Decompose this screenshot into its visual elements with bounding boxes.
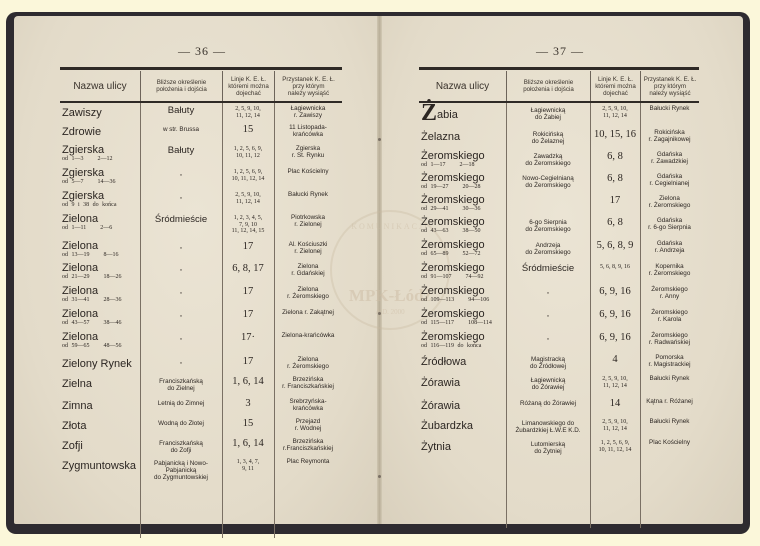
tram-lines-cell: 2, 5, 9, 10, 11, 12, 14 (222, 191, 274, 213)
street-name-cell: Zgierskaod 1—32—12 (60, 145, 140, 167)
street-name-cell: Złota (60, 418, 140, 438)
street-name: Żeromskiego (421, 173, 506, 184)
tram-lines-cell: 6, 8 (590, 151, 640, 173)
even-range: 48—56 (104, 343, 122, 349)
tram-lines-cell: 2, 5, 9, 10, 11, 12, 14 (590, 375, 640, 397)
house-number-range: od 116—119 do końca (421, 343, 506, 350)
even-range: 2—18 (460, 162, 475, 168)
table-row: ZielnaFranciszkańską do Zielnej1, 6, 14B… (60, 376, 342, 398)
street-name-cell: Żeromskiegood 115—117108—114 (419, 309, 506, 331)
tram-lines-cell: 17 (222, 356, 274, 376)
odd-range: od 91—107 (421, 274, 452, 280)
location-cell: Franciszkańską do Zielnej (140, 376, 222, 398)
even-range: 28—36 (104, 297, 122, 303)
street-name-cell: Żeromskiegood 1—172—18 (419, 151, 506, 173)
tram-stop-cell: Bałucki Rynek (640, 105, 699, 127)
street-name-cell: Zygmuntowska (60, 458, 140, 498)
tram-lines-cell: 2, 5, 9, 10, 11, 12, 14 (590, 105, 640, 127)
location-cell: Franciszkańską do Zofji (140, 438, 222, 458)
initial-letter: Ż (421, 100, 437, 126)
odd-range: od 21—29 (62, 274, 90, 280)
even-range: 14—36 (98, 179, 116, 185)
house-number-range: od 13—198—16 (62, 252, 140, 259)
street-name-cell: Zgierskaod 9 i 38 do końca (60, 191, 140, 213)
tram-lines-cell: 17 (222, 286, 274, 308)
location-cell: „ (506, 332, 590, 354)
location-cell: Bałuty (140, 145, 222, 167)
street-name-cell: Żórawia (419, 375, 506, 397)
location-cell: Śródmieście (140, 214, 222, 240)
street-name-cell: Zielonaod 13—198—16 (60, 241, 140, 263)
location-cell: Bałuty (140, 105, 222, 123)
table-row: Żeromskiegood 43—6338—506-go Sierpnia do… (419, 217, 699, 239)
tram-stop-cell: Plac Kościelny (274, 168, 342, 190)
street-name: Żórawia (421, 401, 506, 412)
table-top-rule (419, 67, 699, 70)
house-number-range: od 109—11394—106 (421, 297, 506, 304)
street-name: Zgierska (62, 145, 140, 156)
street-name: Zielona (62, 332, 140, 343)
tram-stop-cell: Pomorska r. Magistrackiej (640, 354, 699, 374)
street-name: Zielona (62, 214, 140, 225)
tram-lines-cell: 6, 9, 16 (590, 332, 640, 354)
table-row: ŻelaznaRokicińską do Żelaznej10, 15, 16R… (419, 129, 699, 149)
house-number-range: od 59—6548—56 (62, 343, 140, 350)
table-row: Zielonaod 43—5738—46„17Zielona r. Zakątn… (60, 309, 342, 331)
street-name-cell: Żeromskiegood 109—11394—106 (419, 286, 506, 308)
location-cell: „ (140, 168, 222, 190)
street-name-cell: Zielony Rynek (60, 356, 140, 376)
location-cell: Andrzeja do Żeromskiego (506, 240, 590, 262)
house-number-range: od 91—10774—92 (421, 274, 506, 281)
table-row: Zielonaod 59—6548—56„17·Zielona-krańcówk… (60, 332, 342, 354)
house-number-range: od 29—4130—36 (421, 206, 506, 213)
street-name: Złota (62, 421, 140, 432)
location-cell: Różaną do Żórawiej (506, 398, 590, 418)
street-name-cell: Żeromskiegood 65—8952—72 (419, 240, 506, 262)
street-name-rest: abia (437, 109, 458, 121)
even-range: 2—12 (98, 156, 113, 162)
house-number-range: od 1—172—18 (421, 162, 506, 169)
street-name-cell: Zawiszy (60, 105, 140, 123)
location-cell: „ (140, 191, 222, 213)
street-name: Zielna (62, 379, 140, 390)
location-cell (506, 195, 590, 217)
table-header: Nazwa ulicy Bliższe określenie położenia… (419, 71, 699, 103)
header-tram-lines: Linje K. E. Ł. któremi można dojechać (222, 71, 274, 101)
even-range: 108—114 (468, 320, 492, 326)
header-street-name: Nazwa ulicy (60, 71, 140, 101)
location-cell: „ (140, 356, 222, 376)
street-table-right: Nazwa ulicy Bliższe określenie położenia… (419, 67, 699, 527)
tram-stop-cell: Żeromskiego r. Karola (640, 309, 699, 331)
odd-range: od 5—7 (62, 179, 84, 185)
tram-stop-cell: 11 Listopada- krańcówka (274, 124, 342, 144)
tram-stop-cell: Przejazd r. Wodnej (274, 418, 342, 438)
table-row: ZłotaWodną do Złotej15Przejazd r. Wodnej (60, 418, 342, 438)
street-name: Żabia (421, 104, 506, 122)
street-name: Żeromskiego (421, 240, 506, 251)
tram-stop-cell: Żeromskiego r. Anny (640, 286, 699, 308)
header-location: Bliższe określenie położenia i dojścia (506, 71, 590, 101)
location-cell: Śródmieście (506, 263, 590, 285)
location-cell: Pabjanicką i Nowo- Pabjanicką do Zygmunt… (140, 458, 222, 498)
street-name-cell: Zielonaod 59—6548—56 (60, 332, 140, 354)
street-name: Żeromskiego (421, 263, 506, 274)
street-name: Zimna (62, 401, 140, 412)
table-row: ŻabiaŁagiewnicką do Żabiej2, 5, 9, 10, 1… (419, 105, 699, 127)
tram-lines-cell: 14 (590, 398, 640, 418)
tram-lines-cell: 1, 2, 5, 6, 9, 10, 11, 12, 14 (590, 439, 640, 461)
street-name-cell: Zielonaod 21—2918—26 (60, 263, 140, 285)
tram-stop-cell: Żeromskiego r. Radwańskiej (640, 332, 699, 354)
tram-stop-cell: Bałucki Rynek (640, 418, 699, 438)
odd-range: od 109—113 (421, 297, 454, 303)
tram-stop-cell: Bałucki Rynek (274, 191, 342, 213)
odd-range: od 65—89 (421, 251, 449, 257)
odd-range: od 29—41 (421, 206, 449, 212)
tram-lines-cell: 3 (222, 398, 274, 418)
street-table-left: Nazwa ulicy Bliższe określenie położenia… (60, 67, 342, 527)
street-name: Zdrowie (62, 127, 140, 138)
street-name: Zygmuntowska (62, 461, 140, 472)
location-cell: Łagiewnicką do Żabiej (506, 105, 590, 127)
street-name: Żeromskiego (421, 217, 506, 228)
tram-lines-cell: 6, 8, 17 (222, 263, 274, 285)
table-row: Żeromskiegood 91—10774—92Śródmieście5, 6… (419, 263, 699, 285)
table-row: Żeromskiegood 109—11394—106„6, 9, 16Żero… (419, 286, 699, 308)
table-row: Zgierskaod 5—714—36„1, 2, 5, 6, 9, 10, 1… (60, 168, 342, 190)
tram-lines-cell: 2, 5, 9, 10, 11, 12, 14 (222, 105, 274, 123)
table-top-rule (60, 67, 342, 70)
tram-lines-cell: 17 (222, 309, 274, 331)
street-name: Zawiszy (62, 108, 140, 119)
street-name-cell: Zgierskaod 5—714—36 (60, 168, 140, 190)
street-name-cell: Zdrowie (60, 124, 140, 144)
header-location: Bliższe określenie położenia i dojścia (140, 71, 222, 101)
table-header: Nazwa ulicy Bliższe określenie położenia… (60, 71, 342, 103)
odd-range: od 116—119 do końca (421, 343, 481, 349)
street-name-cell: Żeromskiegood 116—119 do końca (419, 332, 506, 354)
tram-stop-cell: Gdańska r. Cegielnianej (640, 173, 699, 195)
street-name-cell: Żabia (419, 105, 506, 127)
table-row: Żeromskiegood 116—119 do końca„6, 9, 16Ż… (419, 332, 699, 354)
street-name: Zgierska (62, 191, 140, 202)
table-row: Żeromskiegood 115—117108—114„6, 9, 16Żer… (419, 309, 699, 331)
even-range: 18—26 (104, 274, 122, 280)
table-row: Żeromskiegood 29—4130—3617Zielona r. Żer… (419, 195, 699, 217)
tram-lines-cell: 1, 3, 4, 7, 9, 11 (222, 458, 274, 498)
street-name: Zofji (62, 441, 140, 452)
header-street-name: Nazwa ulicy (419, 71, 506, 101)
tram-lines-cell: 17 (590, 195, 640, 217)
table-row: ŻórawiaRóżaną do Żórawiej14Kątna r. Róża… (419, 398, 699, 418)
tram-lines-cell: 6, 8 (590, 217, 640, 239)
tram-stop-cell: Brzezińska r. Franciszkańskiej (274, 376, 342, 398)
tram-lines-cell: 1, 6, 14 (222, 376, 274, 398)
binding-stitch (378, 312, 381, 315)
street-name-cell: Żytnia (419, 439, 506, 461)
table-row: ŹródłowaMagistracką do Źródłowej4Pomorsk… (419, 354, 699, 374)
location-cell: Limanowskiego do Żubardzkiej Ł.W.E K.D. (506, 418, 590, 438)
odd-range: od 43—57 (62, 320, 90, 326)
page-number-right: — 37 — (536, 44, 584, 59)
house-number-range: od 115—117108—114 (421, 320, 506, 327)
location-cell: „ (506, 286, 590, 308)
location-cell: „ (140, 309, 222, 331)
even-range: 94—106 (468, 297, 489, 303)
tram-lines-cell: 6, 9, 16 (590, 309, 640, 331)
street-name: Żeromskiego (421, 309, 506, 320)
header-tram-lines: Linje K. E. Ł. któremi można dojechać (590, 71, 640, 101)
street-name-cell: Żeromskiegood 91—10774—92 (419, 263, 506, 285)
location-cell: Nowo-Cegielnianą do Żeromskiego (506, 173, 590, 195)
odd-range: od 19—27 (421, 184, 449, 190)
table-row: ZygmuntowskaPabjanicką i Nowo- Pabjanick… (60, 458, 342, 498)
tram-lines-cell: 4 (590, 354, 640, 374)
table-row: Zdrowiew str. Brussa1511 Listopada- krań… (60, 124, 342, 144)
tram-stop-cell: Zielona r. Gdańskiej (274, 263, 342, 285)
odd-range: od 13—19 (62, 252, 90, 258)
table-row: Zielony Rynek„17Zielona r. Żeromskiego (60, 356, 342, 376)
street-name-cell: Żórawia (419, 398, 506, 418)
even-range: 38—46 (104, 320, 122, 326)
street-name: Żelazna (421, 132, 506, 143)
location-cell: Łagiewnicką do Żórawiej (506, 375, 590, 397)
page-number-left: — 36 — (178, 44, 226, 59)
tram-lines-cell: 17 (222, 241, 274, 263)
odd-range: od 1—11 (62, 225, 86, 231)
table-row: Zielonaod 1—112—6Śródmieście1, 2, 3, 4, … (60, 214, 342, 240)
street-name: Zgierska (62, 168, 140, 179)
tram-lines-cell: 1, 2, 5, 6, 9, 10, 11, 12 (222, 145, 274, 167)
odd-range: od 1—17 (421, 162, 446, 168)
tram-stop-cell: Brzezińska r.Franciszkańskiej (274, 438, 342, 458)
odd-range: od 1—3 (62, 156, 84, 162)
house-number-range: od 43—5738—46 (62, 320, 140, 327)
even-range: 2—6 (100, 225, 112, 231)
tram-lines-cell: 1, 2, 5, 6, 9, 10, 11, 12, 14 (222, 168, 274, 190)
location-cell: Magistracką do Źródłowej (506, 354, 590, 374)
location-cell: „ (140, 241, 222, 263)
tram-stop-cell: Kopernika r. Żeromskiego (640, 263, 699, 285)
tram-lines-cell: 5, 6, 8, 9, 16 (590, 263, 640, 285)
odd-range: od 31—41 (62, 297, 90, 303)
table-row: Zielonaod 31—4128—36„17Zielona r. Żeroms… (60, 286, 342, 308)
location-cell: „ (140, 286, 222, 308)
tram-stop-cell: Zgierska r. St. Rynku (274, 145, 342, 167)
street-name-cell: Zimna (60, 398, 140, 418)
street-name-cell: Żubardzka (419, 418, 506, 438)
odd-range: od 43—63 (421, 228, 449, 234)
table-row: Żeromskiegood 19—2720—28Nowo-Cegielnianą… (419, 173, 699, 195)
header-tram-stop: Przystanek K. E. Ł. przy którym należy w… (640, 71, 699, 101)
table-row: ŻubardzkaLimanowskiego do Żubardzkiej Ł.… (419, 418, 699, 438)
location-cell: w str. Brussa (140, 124, 222, 144)
house-number-range: od 31—4128—36 (62, 297, 140, 304)
street-name: Żubardzka (421, 421, 506, 432)
street-name-cell: Żeromskiegood 29—4130—36 (419, 195, 506, 217)
table-row: Zgierskaod 1—32—12Bałuty1, 2, 5, 6, 9, 1… (60, 145, 342, 167)
odd-range: od 115—117 (421, 320, 454, 326)
house-number-range: od 1—112—6 (62, 225, 140, 232)
tram-stop-cell: Gdańska r. Andrzeja (640, 240, 699, 262)
table-row: Zielonaod 13—198—16„17Al. Kościuszki r. … (60, 241, 342, 263)
street-name-cell: Żeromskiegood 43—6338—50 (419, 217, 506, 239)
house-number-range: od 9 i 38 do końca (62, 202, 140, 209)
tram-stop-cell: Piotrkowska r. Zielonej (274, 214, 342, 240)
tram-stop-cell: Gdańska r. Zawadzkiej (640, 151, 699, 173)
even-range: 38—50 (463, 228, 481, 234)
tram-stop-cell: Gdańska r. 6-go Sierpnia (640, 217, 699, 239)
street-name: Zielony Rynek (62, 359, 140, 370)
binding-stitch (378, 138, 381, 141)
street-name: Żeromskiego (421, 332, 506, 343)
street-name-cell: Żeromskiegood 19—2720—28 (419, 173, 506, 195)
street-name: Żeromskiego (421, 195, 506, 206)
street-name-cell: Zielonaod 1—112—6 (60, 214, 140, 240)
even-range: 20—28 (463, 184, 481, 190)
even-range: 30—36 (463, 206, 481, 212)
street-name: Żórawia (421, 378, 506, 389)
tram-stop-cell: Zielona r. Zakątnej (274, 309, 342, 331)
table-row: Żeromskiegood 1—172—18Zawadzką do Żeroms… (419, 151, 699, 173)
house-number-range: od 19—2720—28 (421, 184, 506, 191)
tram-lines-cell: 15 (222, 124, 274, 144)
tram-stop-cell: Rokicińska r. Zagajnikowej (640, 129, 699, 149)
odd-range: od 59—65 (62, 343, 90, 349)
street-name-cell: Źródłowa (419, 354, 506, 374)
location-cell: Rokicińską do Żelaznej (506, 129, 590, 149)
street-name: Żeromskiego (421, 151, 506, 162)
street-name: Zielona (62, 286, 140, 297)
house-number-range: od 65—8952—72 (421, 251, 506, 258)
tram-stop-cell: Plac Reymonta (274, 458, 342, 498)
street-name: Zielona (62, 263, 140, 274)
tram-stop-cell: Zielona r. Żeromskiego (274, 286, 342, 308)
tram-lines-cell: 6, 9, 16 (590, 286, 640, 308)
binding-stitch (378, 475, 381, 478)
location-cell: Lutomierską do Żytniej (506, 439, 590, 461)
location-cell: Wodną do Złotej (140, 418, 222, 438)
tram-lines-cell: 5, 6, 8, 9 (590, 240, 640, 262)
table-row: ZawiszyBałuty2, 5, 9, 10, 11, 12, 14Łagi… (60, 105, 342, 123)
odd-range: od 9 i 38 do końca (62, 202, 117, 208)
table-row: ZofjiFranciszkańską do Zofji1, 6, 14Brze… (60, 438, 342, 458)
tram-stop-cell: Zielona r. Żeromskiego (640, 195, 699, 217)
tram-stop-cell: Al. Kościuszki r. Zielonej (274, 241, 342, 263)
house-number-range: od 43—6338—50 (421, 228, 506, 235)
table-row: ŻytniaLutomierską do Żytniej1, 2, 5, 6, … (419, 439, 699, 461)
street-name: Żeromskiego (421, 286, 506, 297)
tram-stop-cell: Plac Kościelny (640, 439, 699, 461)
location-cell: „ (506, 309, 590, 331)
street-name-cell: Zielonaod 31—4128—36 (60, 286, 140, 308)
house-number-range: od 5—714—36 (62, 179, 140, 186)
tram-lines-cell: 1, 2, 3, 4, 5, 7, 9, 10 11, 12, 14, 15 (222, 214, 274, 240)
location-cell: Letnią do Zimnej (140, 398, 222, 418)
even-range: 52—72 (463, 251, 481, 257)
tram-lines-cell: 6, 8 (590, 173, 640, 195)
street-name: Zielona (62, 309, 140, 320)
table-row: Zgierskaod 9 i 38 do końca„2, 5, 9, 10, … (60, 191, 342, 213)
header-tram-stop: Przystanek K. E. Ł. przy którym należy w… (274, 71, 342, 101)
street-name-cell: Zielna (60, 376, 140, 398)
location-cell: 6-go Sierpnia do Żeromskiego (506, 217, 590, 239)
location-cell: Zawadzką do Żeromskiego (506, 151, 590, 173)
tram-stop-cell: Kątna r. Różanej (640, 398, 699, 418)
table-row: Zielonaod 21—2918—26„6, 8, 17Zielona r. … (60, 263, 342, 285)
location-cell: „ (140, 332, 222, 354)
street-name: Zielona (62, 241, 140, 252)
even-range: 8—16 (104, 252, 119, 258)
table-row: ŻórawiaŁagiewnicką do Żórawiej2, 5, 9, 1… (419, 375, 699, 397)
house-number-range: od 1—32—12 (62, 156, 140, 163)
street-name-cell: Zielonaod 43—5738—46 (60, 309, 140, 331)
tram-stop-cell: Zielona r. Żeromskiego (274, 356, 342, 376)
street-name: Źródłowa (421, 357, 506, 368)
location-cell: „ (140, 263, 222, 285)
tram-lines-cell: 17· (222, 332, 274, 354)
street-name-cell: Zofji (60, 438, 140, 458)
tram-stop-cell: Zielona-krańcówka (274, 332, 342, 354)
tram-lines-cell: 2, 5, 9, 10, 11, 12, 14 (590, 418, 640, 438)
house-number-range: od 21—2918—26 (62, 274, 140, 281)
tram-lines-cell: 1, 6, 14 (222, 438, 274, 458)
tram-stop-cell: Srebrzyńska- krańcówka (274, 398, 342, 418)
tram-lines-cell: 15 (222, 418, 274, 438)
tram-stop-cell: Łagiewnicka r. Zawiszy (274, 105, 342, 123)
even-range: 74—92 (466, 274, 484, 280)
table-row: Żeromskiegood 65—8952—72Andrzeja do Żero… (419, 240, 699, 262)
tram-lines-cell: 10, 15, 16 (590, 129, 640, 149)
tram-stop-cell: Bałucki Rynek (640, 375, 699, 397)
street-name: Żytnia (421, 442, 506, 453)
street-name-cell: Żelazna (419, 129, 506, 149)
table-row: ZimnaLetnią do Zimnej3Srebrzyńska- krańc… (60, 398, 342, 418)
